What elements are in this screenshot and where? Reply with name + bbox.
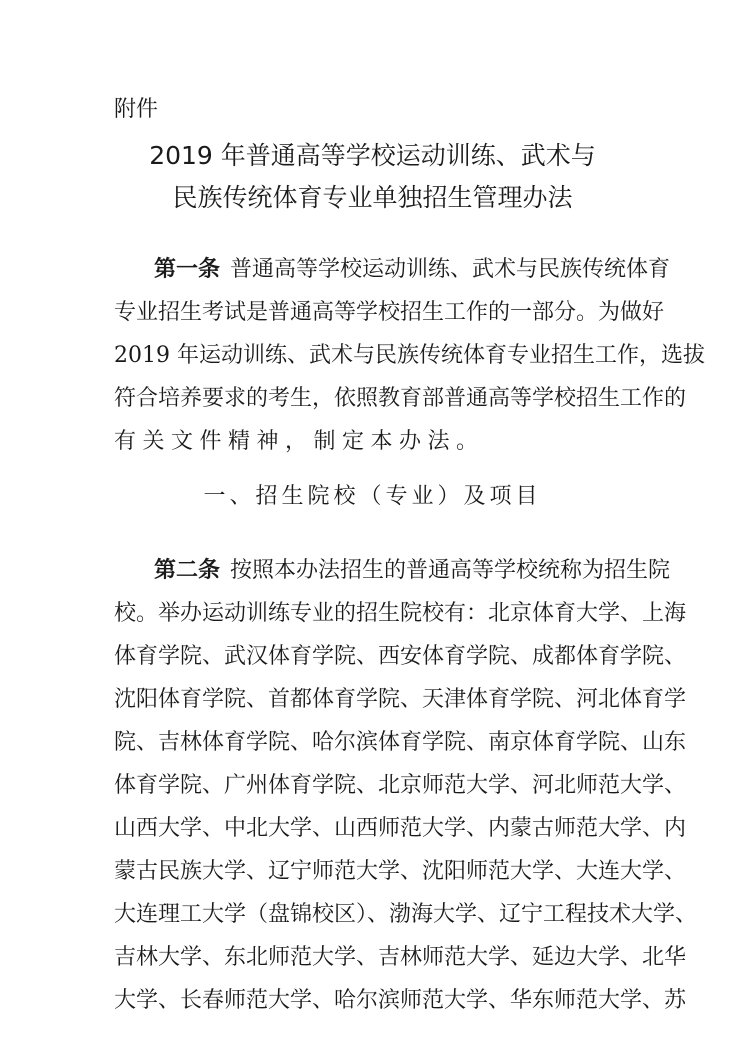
article-2-line-7: 山西大学、中北大学、山西师范大学、内蒙古师范大学、内 (114, 814, 634, 844)
article-2-line-1: 第二条按照本办法招生的普通高等学校统称为招生院 (154, 556, 634, 586)
article-1-line-3: 2019 年运动训练、武术与民族传统体育专业招生工作，选拔 (114, 341, 634, 371)
document-title-line-2: 民族传统体育专业单独招生管理办法 (0, 181, 745, 215)
article-2-line-4: 沈阳体育学院、首都体育学院、天津体育学院、河北体育学 (114, 685, 634, 715)
article-2-line-8: 蒙古民族大学、辽宁师范大学、沈阳师范大学、大连大学、 (114, 857, 634, 887)
article-2-line-10: 吉林大学、东北师范大学、吉林师范大学、延边大学、北华 (114, 943, 634, 973)
article-2-line-9: 大连理工大学（盘锦校区）、渤海大学、辽宁工程技术大学、 (114, 900, 634, 930)
article-2-line-6: 体育学院、广州体育学院、北京师范大学、河北师范大学、 (114, 771, 634, 801)
article-1-line-2: 专业招生考试是普通高等学校招生工作的一部分。为做好 (114, 298, 634, 328)
section-heading: 一、招生院校（专业）及项目 (0, 482, 745, 512)
document-title-line-1: 2019 年普通高等学校运动训练、武术与 (0, 139, 745, 173)
article-1-line-4: 符合培养要求的考生，依照教育部普通高等学校招生工作的 (114, 384, 634, 414)
article-1-label: 第一条 (154, 257, 220, 282)
article-2-line-2: 校。举办运动训练专业的招生院校有：北京体育大学、上海 (114, 599, 634, 629)
article-2-line-3: 体育学院、武汉体育学院、西安体育学院、成都体育学院、 (114, 642, 634, 672)
attachment-label: 附件 (114, 95, 158, 125)
article-1-line-1: 第一条普通高等学校运动训练、武术与民族传统体育 (154, 255, 634, 285)
article-2-label: 第二条 (154, 558, 220, 583)
article-2-line-11: 大学、长春师范大学、哈尔滨师范大学、华东师范大学、苏 (114, 986, 634, 1016)
article-1-line-5: 有关文件精神，制定本办法。 (114, 427, 634, 457)
article-2-line-5: 院、吉林体育学院、哈尔滨体育学院、南京体育学院、山东 (114, 728, 634, 758)
